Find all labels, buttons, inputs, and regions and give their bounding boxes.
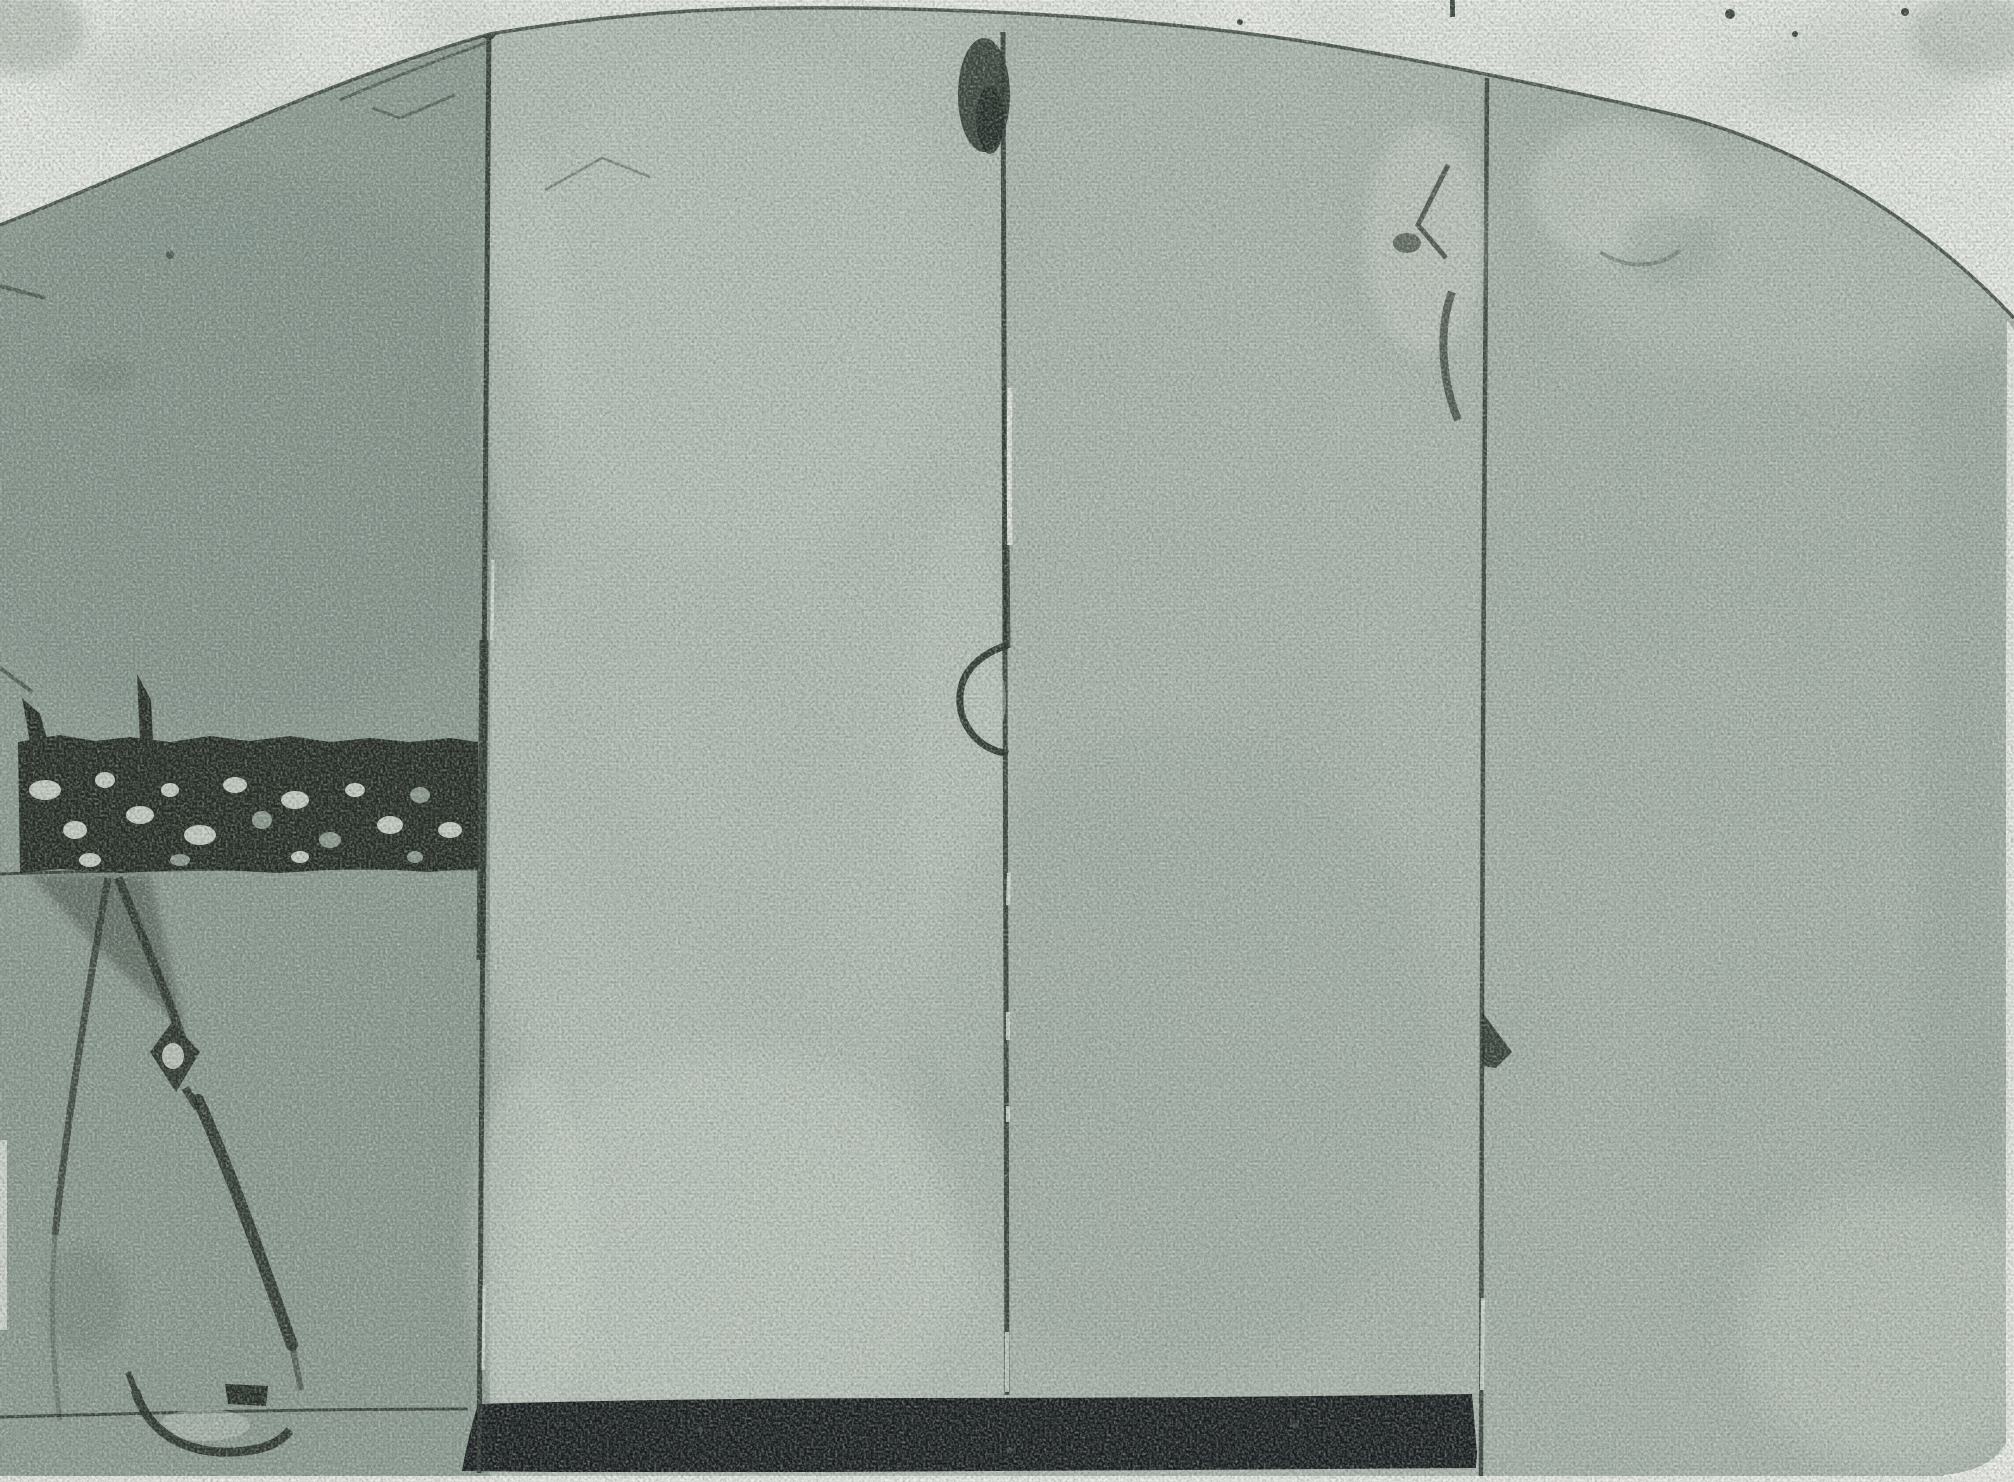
grain-light — [0, 0, 2014, 1482]
halftone-photograph — [0, 0, 2014, 1482]
print-grain — [0, 0, 2014, 1482]
